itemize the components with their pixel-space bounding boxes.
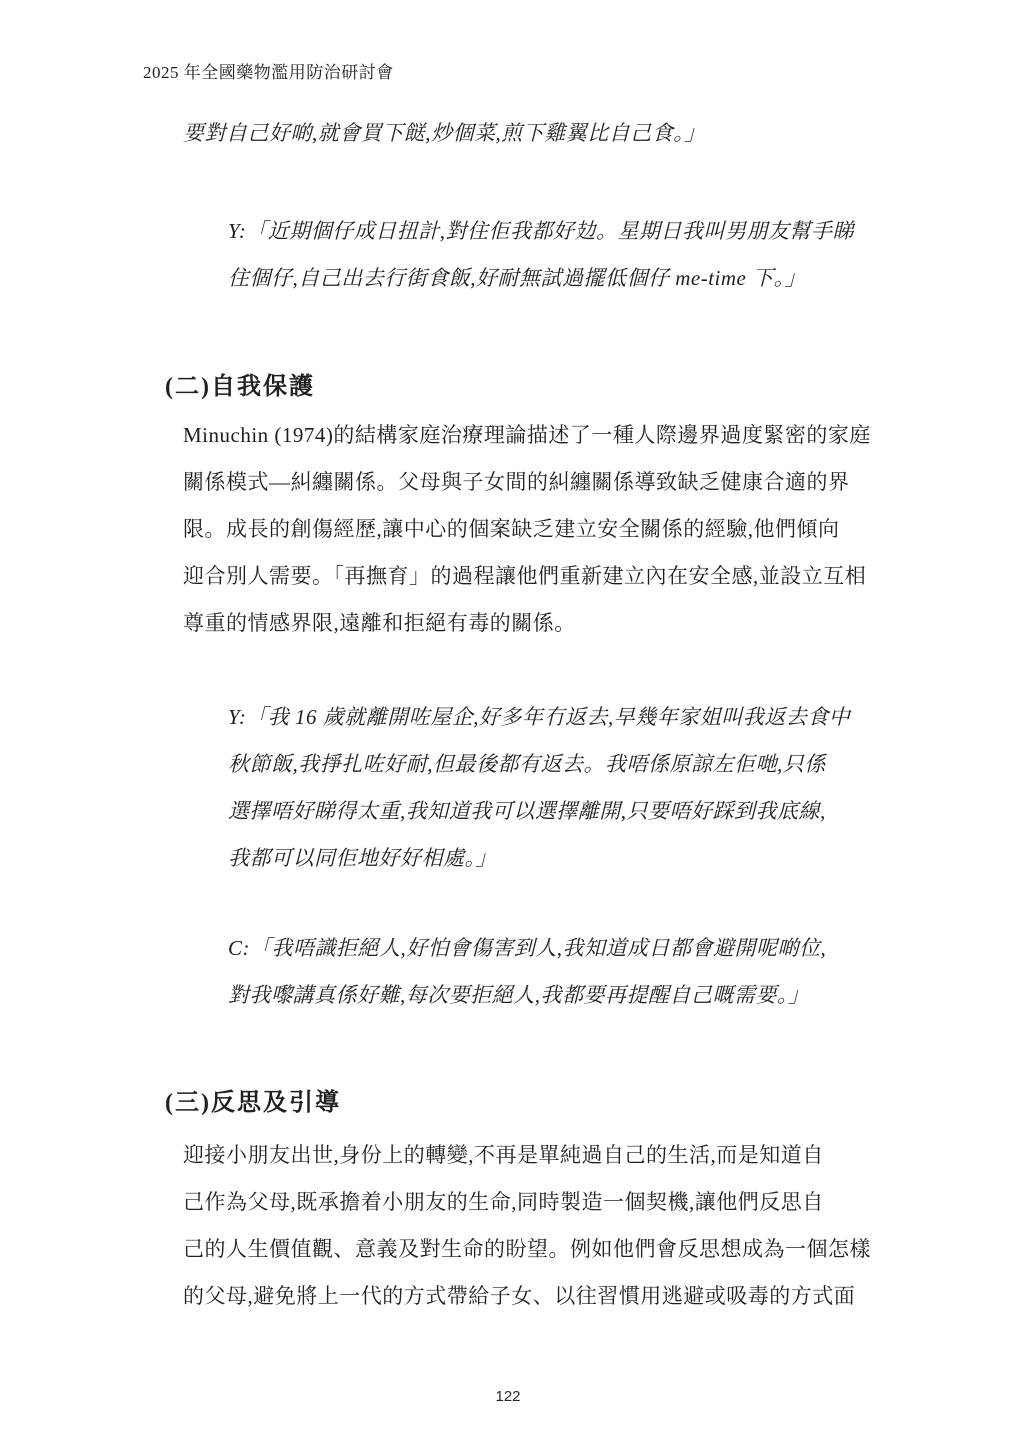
section-heading-self-protection: (二)自我保護 bbox=[165, 366, 315, 401]
quote-continuation: 要對自己好啲,就會買下餸,炒個菜,煎下雞翼比自己食。」 bbox=[183, 110, 706, 157]
document-page: 2025 年全國藥物濫用防治研討會 要對自己好啲,就會買下餸,炒個菜,煎下雞翼比… bbox=[0, 0, 1016, 1443]
paragraph-reflection: 迎接小朋友出世,身份上的轉變,不再是單純過自己的生活,而是知道自 己作為父母,既… bbox=[183, 1132, 871, 1320]
page-number: 122 bbox=[0, 1388, 1016, 1405]
paragraph-self-protection: Minuchin (1974)的結構家庭治療理論描述了一種人際邊界過度緊密的家庭… bbox=[183, 412, 871, 647]
section-heading-reflection: (三)反思及引導 bbox=[165, 1082, 341, 1117]
quote-y-family: Y:「我 16 歲就離開咗屋企,好多年冇返去,早幾年家姐叫我返去食中 秋節飯,我… bbox=[228, 694, 850, 882]
running-header: 2025 年全國藥物濫用防治研討會 bbox=[143, 58, 394, 83]
quote-c-refusal: C:「我唔識拒絕人,好怕會傷害到人,我知道成日都會避開呢啲位, 對我嚟講真係好難… bbox=[228, 925, 826, 1019]
quote-y-metime: Y:「近期個仔成日扭計,對住佢我都好攰。星期日我叫男朋友幫手睇 住個仔,自己出去… bbox=[228, 208, 854, 302]
